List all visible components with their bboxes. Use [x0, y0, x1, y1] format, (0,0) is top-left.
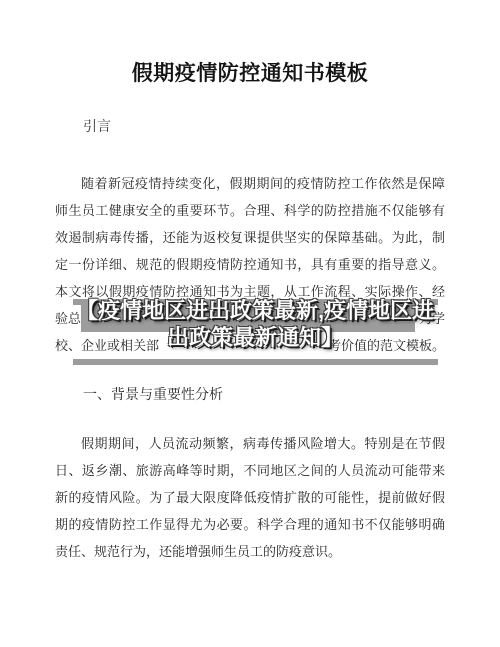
paragraph-line: 效遏制病毒传播，还能为返校复课提供坚实的保障基础。为此，制 [55, 224, 445, 251]
paragraph-line: 师生员工健康安全的重要环节。合理、科学的防控措施不仅能够有 [55, 197, 445, 224]
intro-section-label: 引言 [83, 116, 111, 136]
promo-overlay-line-1: 【疫情地区进出政策最新,疫情地区进 [76, 298, 434, 323]
paragraph-line: 随着新冠疫情持续变化，假期期间的疫情防控工作依然是保障 [55, 170, 445, 197]
paragraph-line: 新的疫情风险。为了最大限度降低疫情扩散的可能性，提前做好假 [55, 484, 445, 511]
paragraph-line: 定一份详细、规范的假期疫情防控通知书，具有重要的指导意义。 [55, 251, 445, 278]
promo-overlay-title[interactable]: 【疫情地区进出政策最新,疫情地区进 出政策最新通知】 [55, 297, 455, 351]
paragraph-line: 责任、规范行为，还能增强师生员工的防疫意识。 [55, 538, 445, 565]
paragraph-line: 日、返乡潮、旅游高峰等时期，不同地区之间的人员流动可能带来 [55, 457, 445, 484]
paragraph-line: 假期期间，人员流动频繁，病毒传播风险增大。特别是在节假 [55, 430, 445, 457]
document-title: 假期疫情防控通知书模板 [0, 57, 500, 87]
section-heading: 一、背景与重要性分析 [83, 384, 223, 404]
document-page: 假期疫情防控通知书模板 引言 随着新冠疫情持续变化，假期期间的疫情防控工作依然是… [0, 0, 500, 647]
background-paragraph: 假期期间，人员流动频繁，病毒传播风险增大。特别是在节假 日、返乡潮、旅游高峰等时… [55, 430, 445, 565]
promo-overlay-line-2: 出政策最新通知】 [167, 325, 343, 350]
paragraph-line: 期的疫情防控工作显得尤为必要。科学合理的通知书不仅能够明确 [55, 511, 445, 538]
